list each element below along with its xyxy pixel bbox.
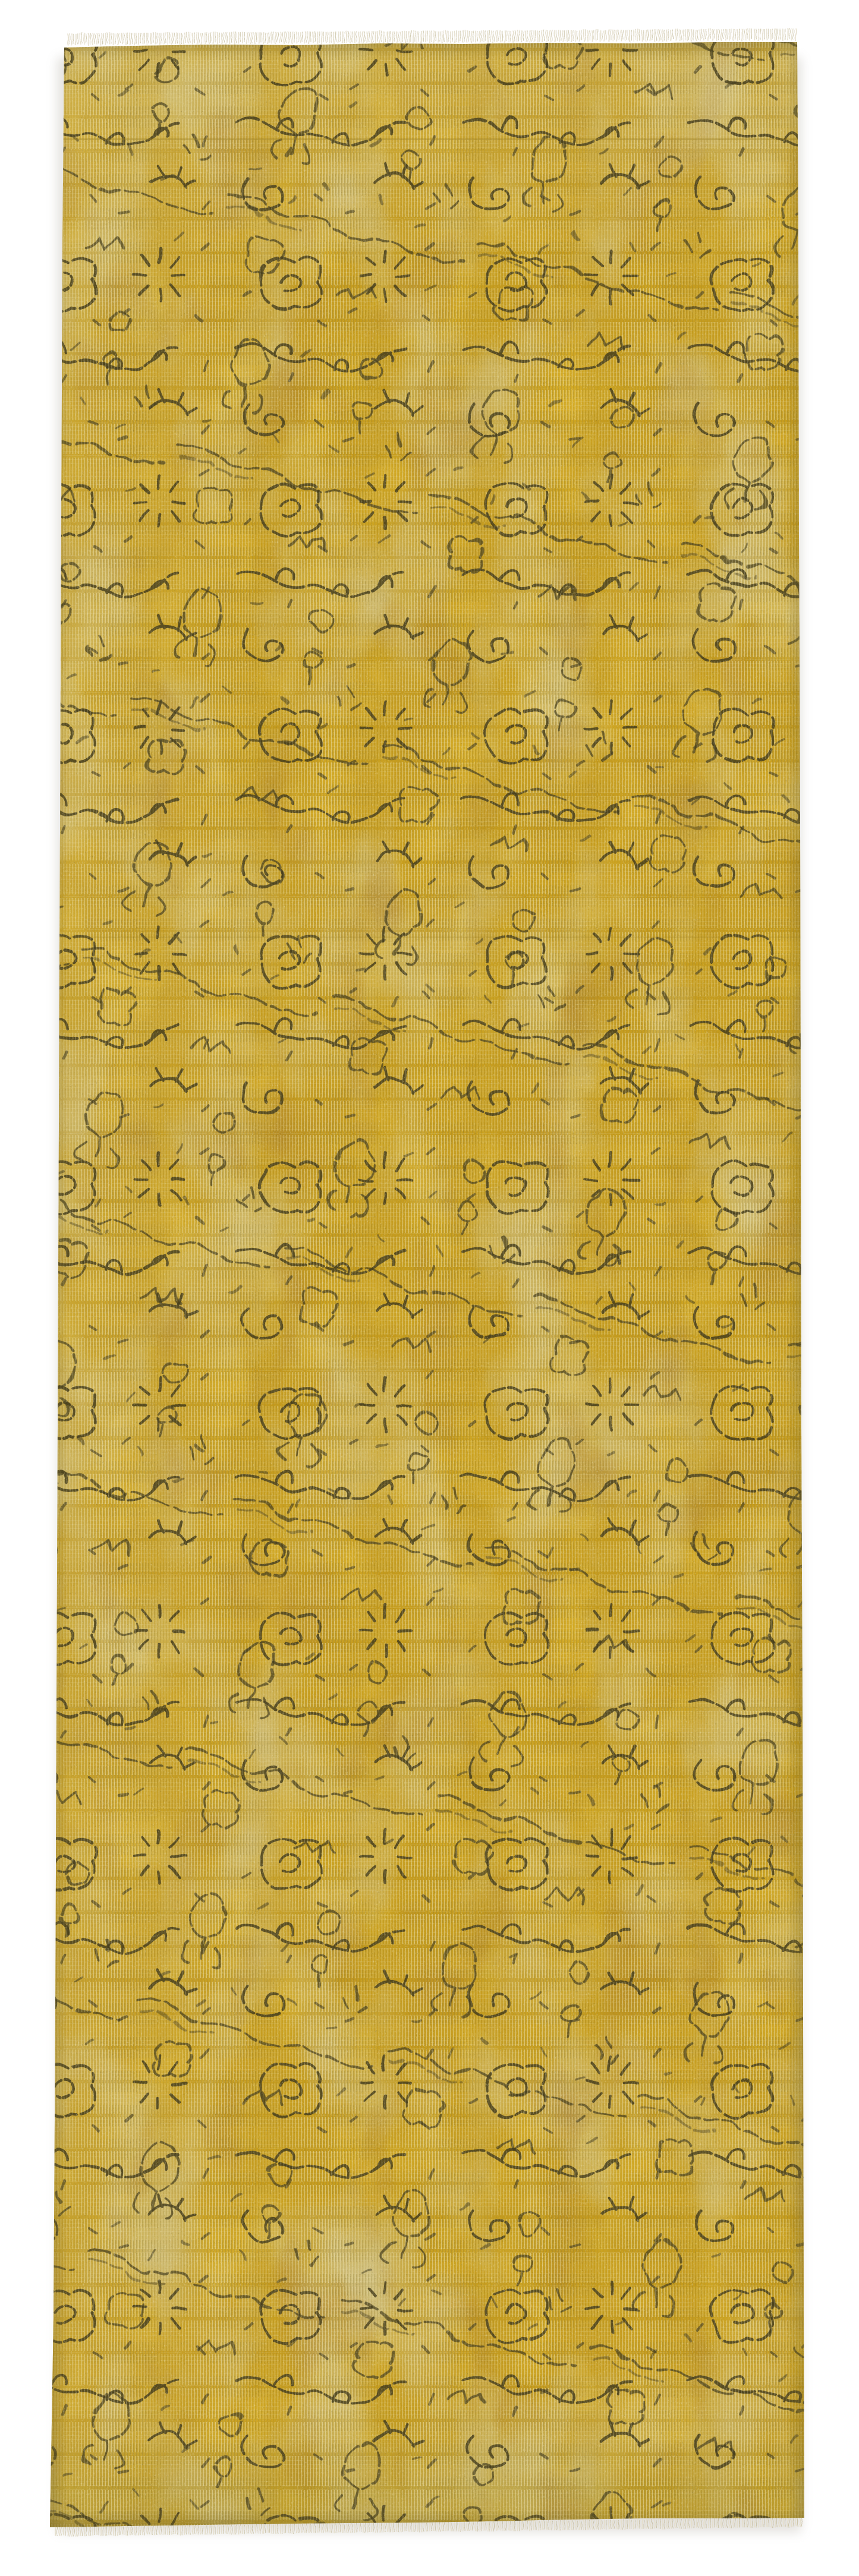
rug-grain-dark bbox=[36, 24, 826, 2543]
rug-seam-1 bbox=[36, 138, 826, 140]
product-photo bbox=[0, 0, 859, 2576]
rug-seam-2 bbox=[36, 937, 826, 938]
rug bbox=[36, 24, 826, 2543]
rug-photo-canvas bbox=[0, 0, 859, 2576]
rug-seam-3 bbox=[36, 1707, 826, 1708]
